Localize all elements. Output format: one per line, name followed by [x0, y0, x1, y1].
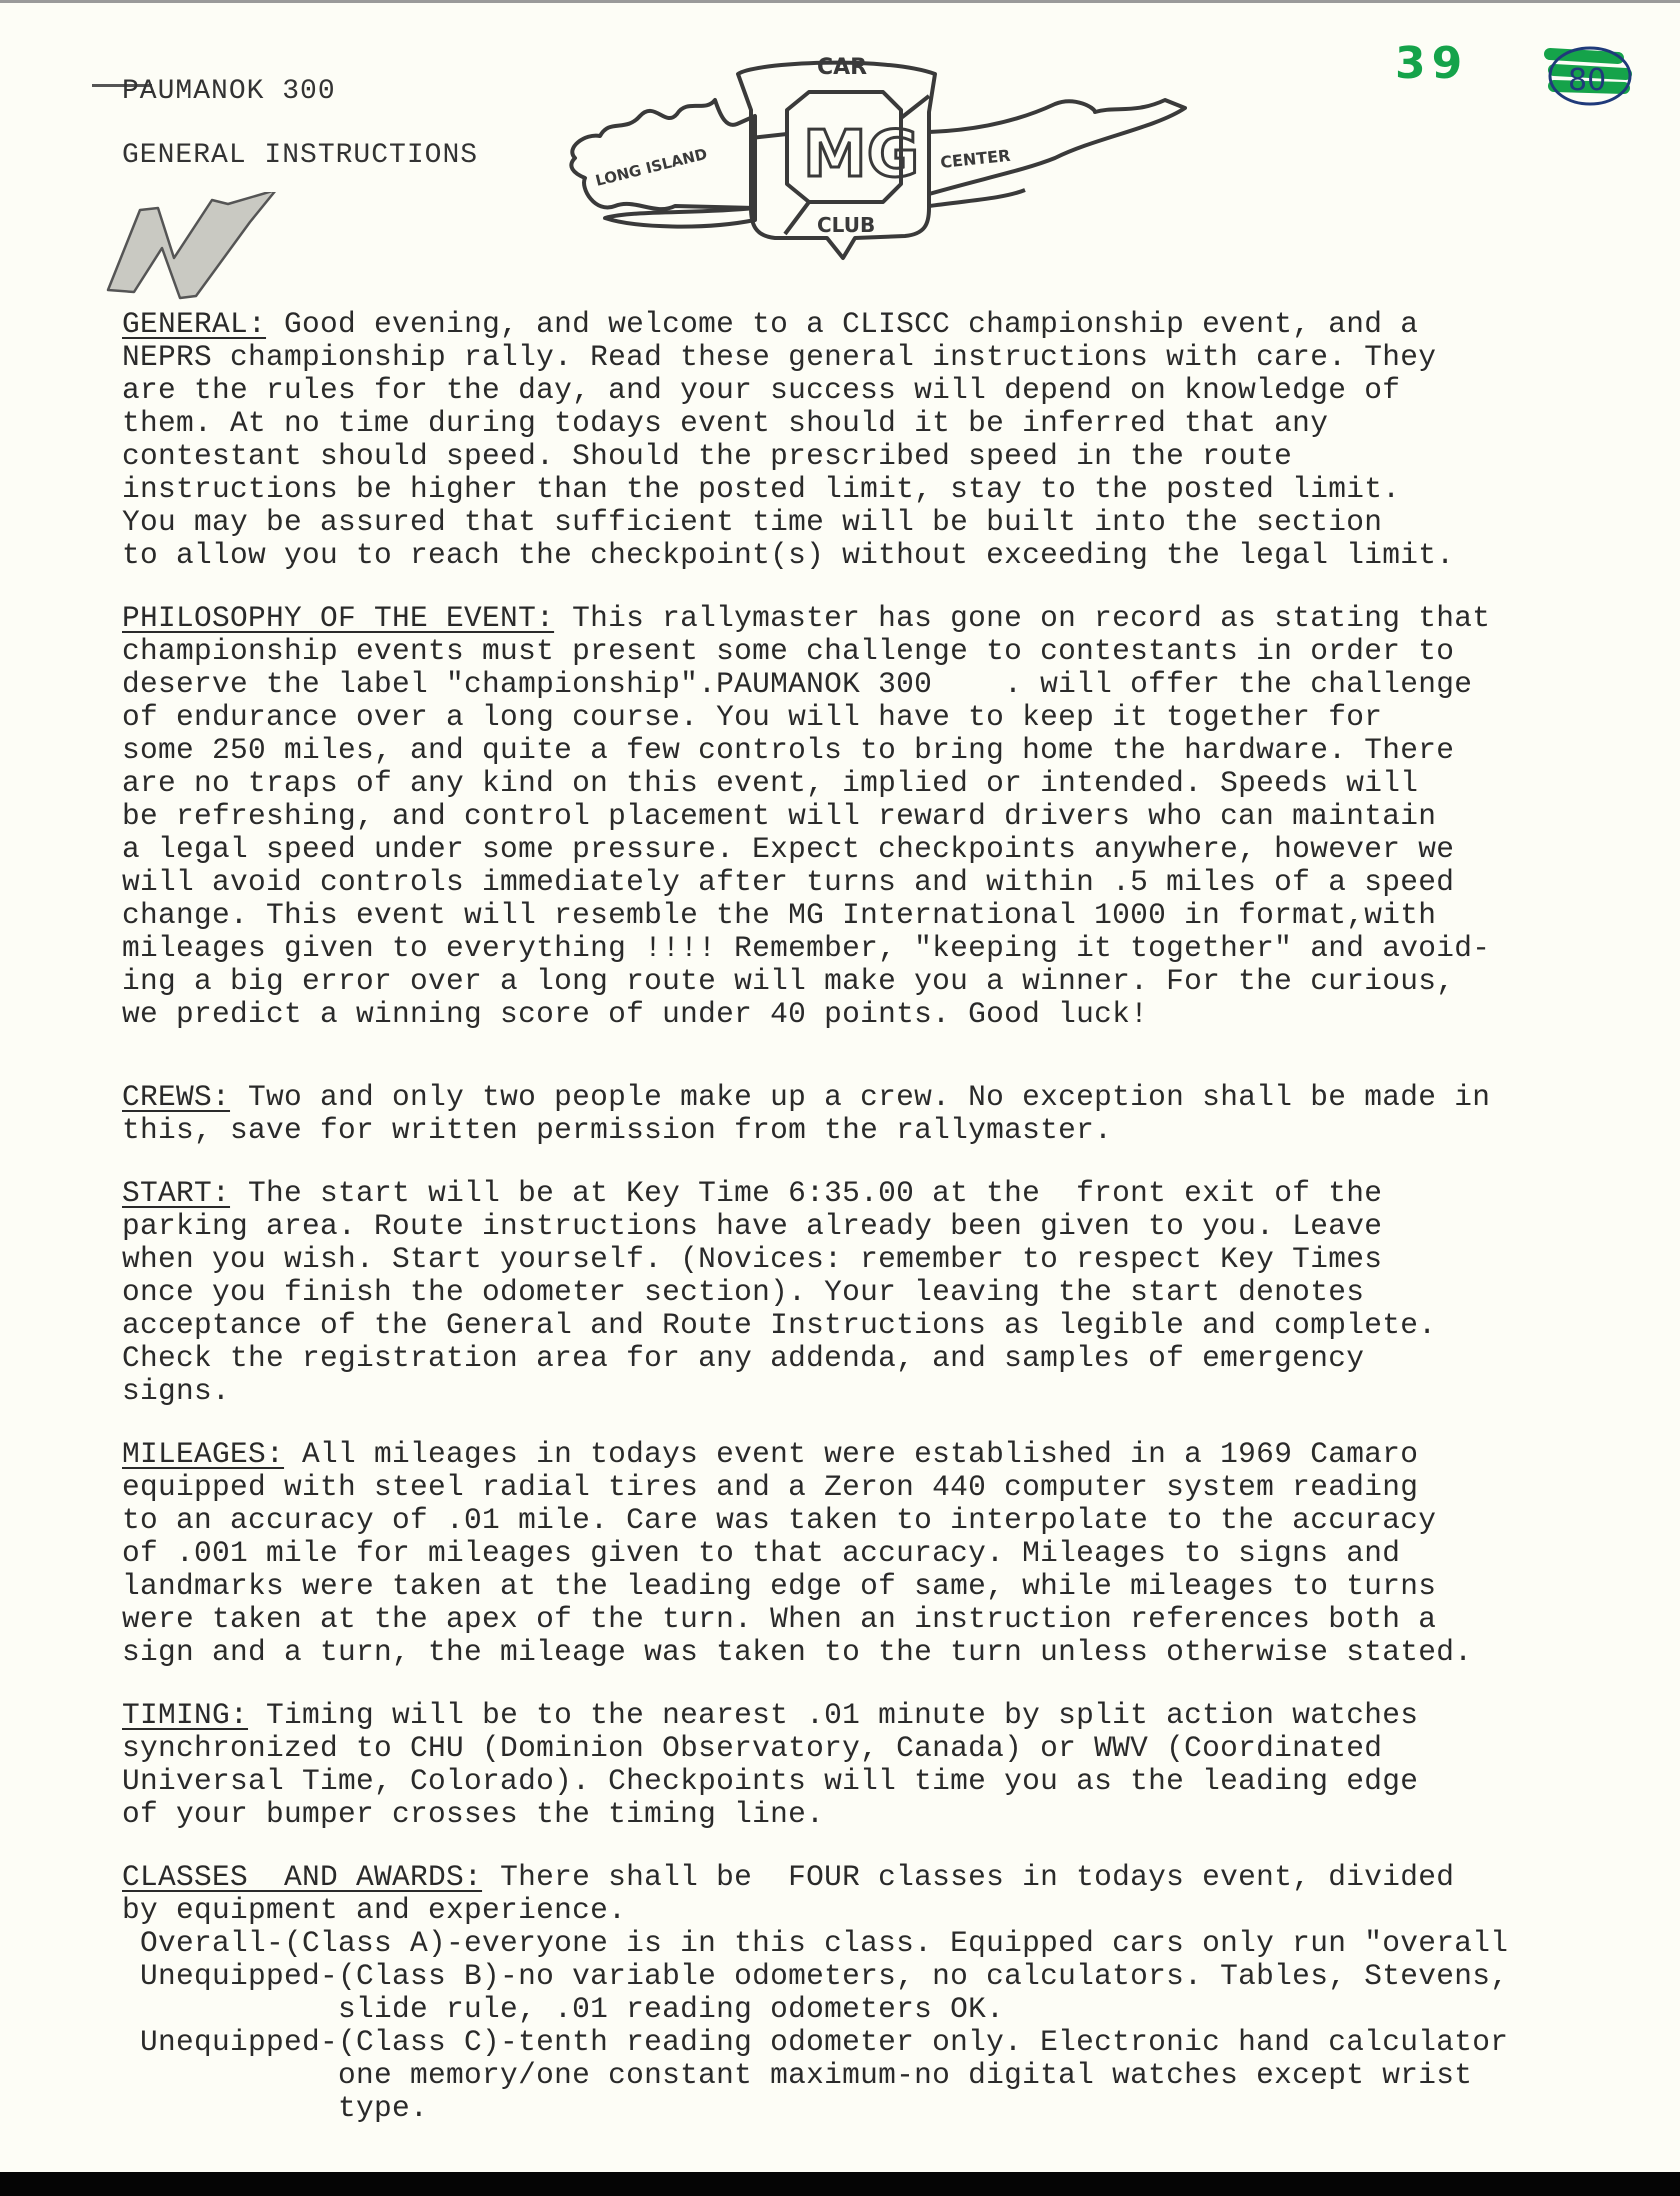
section-philosophy: PHILOSOPHY OF THE EVENT: This rallymaste… [122, 602, 1680, 1031]
class-item: Unequipped-(Class C)-tenth reading odome… [122, 2026, 1680, 2059]
document-subtitle: GENERAL INSTRUCTIONS [122, 140, 478, 171]
document-title: PAUMANOK 300 [122, 76, 336, 107]
section-crews: CREWS: Two and only two people make up a… [122, 1081, 1680, 1147]
north-n-stamp-icon [100, 192, 290, 302]
page-top-edge [0, 0, 1680, 3]
scan-bottom-edge [0, 2172, 1680, 2196]
class-item: Overall-(Class A)-everyone is in this cl… [122, 1927, 1680, 1960]
section-heading: PHILOSOPHY OF THE EVENT: [122, 601, 554, 635]
mg-car-club-logo: CAR MG CLUB LONG ISLAND CENTER [555, 38, 1205, 268]
section-start: START: The start will be at Key Time 6:3… [122, 1177, 1680, 1408]
instructions-body: GENERAL: Good evening, and welcome to a … [122, 308, 1680, 2125]
svg-text:80: 80 [1568, 63, 1606, 98]
logo-car-label: CAR [817, 55, 867, 80]
handwritten-page-number: 39 [1395, 38, 1468, 89]
section-timing: TIMING: Timing will be to the nearest .0… [122, 1699, 1680, 1831]
class-item: Unequipped-(Class B)-no variable odomete… [122, 1960, 1680, 1993]
section-general: GENERAL: Good evening, and welcome to a … [122, 308, 1680, 572]
section-mileages: MILEAGES: All mileages in todays event w… [122, 1438, 1680, 1669]
class-item: one memory/one constant maximum-no digit… [122, 2059, 1680, 2092]
section-heading: TIMING: [122, 1698, 248, 1732]
section-classes: CLASSES AND AWARDS: There shall be FOUR … [122, 1861, 1680, 2125]
logo-long-island-label: LONG ISLAND [594, 145, 709, 190]
section-heading: CLASSES AND AWARDS: [122, 1860, 482, 1894]
section-heading: GENERAL: [122, 307, 266, 341]
logo-club-label: CLUB [817, 213, 875, 237]
class-item: slide rule, .01 reading odometers OK. [122, 1993, 1680, 2026]
section-heading: START: [122, 1176, 230, 1210]
logo-center-label: CENTER [939, 146, 1011, 172]
section-heading: MILEAGES: [122, 1437, 284, 1471]
section-heading: CREWS: [122, 1080, 230, 1114]
class-item: type. [122, 2092, 1680, 2125]
circled-number-annotation: 80 [1540, 40, 1636, 108]
logo-mg-label: MG [803, 118, 919, 192]
